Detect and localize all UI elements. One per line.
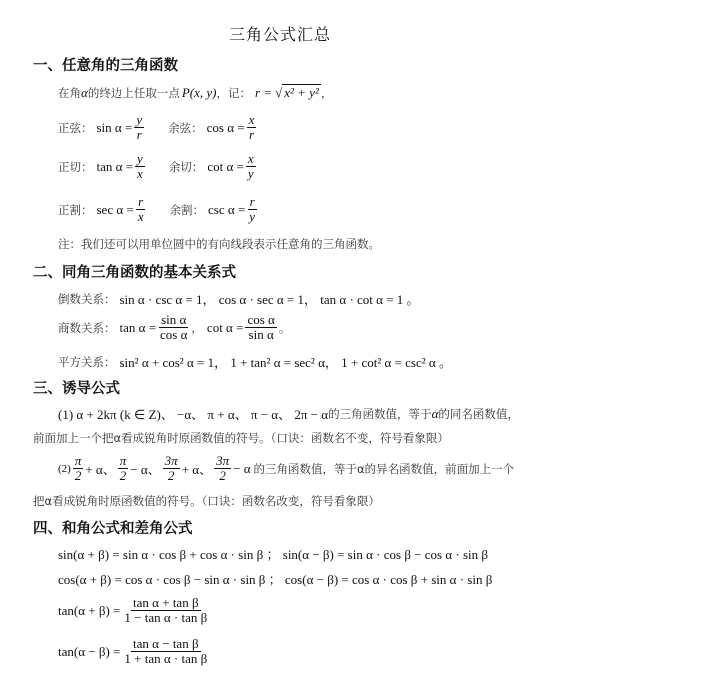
fraction: π2 bbox=[73, 454, 84, 483]
induction-rule-2-line1: (2) π2 + α、 π2 − α、 3π2 + α、 3π2 − α 的三角… bbox=[58, 454, 514, 483]
sin-sum-difference: sin(α + β) = sin α · cos β + cos α · sin… bbox=[58, 544, 488, 563]
definition-sin-cos: 正弦： sin α = yr 余弦： cos α = xr bbox=[58, 113, 258, 142]
fraction: ry bbox=[247, 195, 257, 224]
fraction: yx bbox=[135, 152, 145, 181]
section-heading-3: 三、诱导公式 bbox=[33, 377, 120, 398]
page-title: 三角公式汇总 bbox=[229, 22, 331, 45]
intro-line: 在角 α 的终边上任取一点 P(x, y) ，记： r = √x² + y² ， bbox=[58, 84, 332, 101]
induction-rule-2-line2: 把α看成锐角时原函数值的符号。（口诀：函数名改变，符号看象限） bbox=[33, 493, 380, 509]
fraction: yr bbox=[134, 113, 144, 142]
section-heading-1: 一、任意角的三角函数 bbox=[33, 54, 178, 75]
cos-sum-difference: cos(α + β) = cos α · cos β − sin α · sin… bbox=[58, 569, 492, 588]
fraction: rx bbox=[136, 195, 146, 224]
section-heading-4: 四、和角公式和差角公式 bbox=[33, 517, 193, 538]
induction-rule-1-line2: 前面加上一个把α看成锐角时原函数值的符号。（口诀：函数名不变，符号看象限） bbox=[33, 430, 449, 446]
induction-rule-1-line1: (1) α + 2kπ (k ∈ Z)、 −α、 π + α、 π − α、 2… bbox=[58, 404, 519, 423]
fraction: π2 bbox=[118, 454, 129, 483]
fraction: tan α − tan β1 + tan α · tan β bbox=[122, 637, 209, 666]
definition-sec-csc: 正割： sec α = rx 余割： csc α = ry bbox=[58, 195, 259, 224]
fraction: cos αsin α bbox=[245, 313, 276, 342]
fraction: tan α + tan β1 − tan α · tan β bbox=[122, 596, 209, 625]
definition-tan-cot: 正切： tan α = yx 余切： cot α = xy bbox=[58, 152, 258, 181]
tan-difference-formula: tan(α − β) = tan α − tan β1 + tan α · ta… bbox=[58, 637, 211, 666]
reciprocal-relations: 倒数关系： sin α · csc α = 1， cos α · sec α =… bbox=[58, 289, 420, 308]
sqrt-expression: x² + y² bbox=[282, 84, 321, 101]
tan-sum-formula: tan(α + β) = tan α + tan β1 − tan α · ta… bbox=[58, 596, 211, 625]
fraction: 3π2 bbox=[163, 454, 180, 483]
section-heading-2: 二、同角三角函数的基本关系式 bbox=[33, 261, 236, 282]
fraction: xr bbox=[247, 113, 257, 142]
fraction: sin αcos α bbox=[158, 313, 189, 342]
fraction: xy bbox=[246, 152, 256, 181]
note-text: 注：我们还可以用单位圆中的有向线段表示任意角的三角函数。 bbox=[58, 236, 380, 252]
fraction: 3π2 bbox=[214, 454, 231, 483]
quotient-relations: 商数关系： tan α = sin αcos α ， cot α = cos α… bbox=[58, 313, 290, 342]
square-relations: 平方关系： sin² α + cos² α = 1， 1 + tan² α = … bbox=[58, 352, 452, 371]
